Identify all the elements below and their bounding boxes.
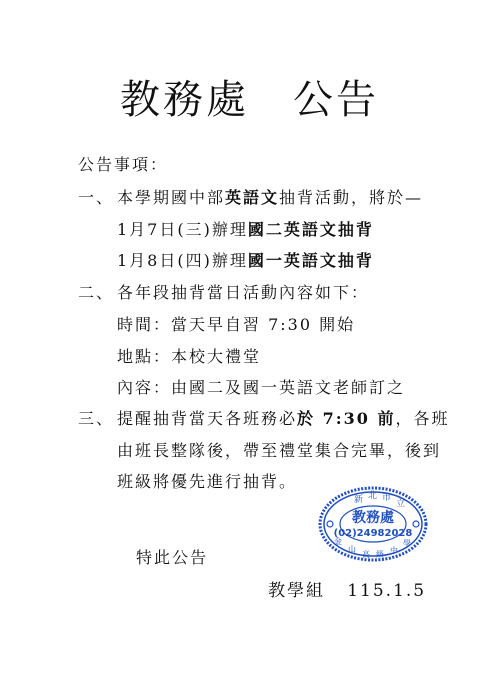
signature-date: 115.1.5 — [347, 581, 426, 601]
item-1-number: 一、 — [78, 185, 114, 208]
svg-text:北: 北 — [368, 489, 377, 501]
svg-text:立: 立 — [396, 497, 405, 509]
svg-text:山: 山 — [348, 544, 356, 554]
item-2-number: 二、 — [78, 280, 114, 303]
item-2-time: 時間：當天早自習 7:30 開始 — [117, 312, 355, 335]
item-2-line-1: 各年段抽背當日活動內容如下： — [117, 280, 369, 303]
signature: 教學組 115.1.5 — [268, 576, 426, 601]
svg-text:高: 高 — [362, 549, 370, 559]
stamp-center-text: 教務處 — [351, 509, 394, 526]
item-1-line-3: 1月8日(四)辦理國一英語文抽背 — [117, 248, 374, 271]
item-1-line-2: 1月7日(三)辦理國二英語文抽背 — [117, 217, 374, 240]
svg-text:市: 市 — [382, 491, 391, 503]
item-3-number: 三、 — [78, 406, 114, 429]
closing-text: 特此公告 — [136, 545, 208, 568]
item-3-line-2: 由班長整隊後，帶至禮堂集合完畢，後到 — [117, 438, 441, 461]
item-3-line-3: 班級將優先進行抽背。 — [117, 469, 297, 492]
signature-unit: 教學組 — [268, 581, 325, 601]
item-2-content: 內容：由國二及國一英語文老師訂之 — [117, 375, 405, 398]
item-1-line-1: 本學期國中部英語文抽背活動，將於— — [117, 185, 423, 208]
item-2-place: 地點：本校大禮堂 — [117, 344, 261, 367]
svg-text:新: 新 — [354, 493, 363, 505]
page-title: 教務處公告 — [0, 68, 499, 125]
item-3-line-1: 提醒抽背當天各班務必於 7:30 前，各班 — [117, 406, 449, 429]
office-seal-stamp: 新 北 市 立 金 山 高 級 中 學 教務處 (02)24982028 — [318, 486, 428, 562]
svg-text:學: 學 — [403, 538, 411, 548]
stamp-phone: (02)24982028 — [334, 528, 413, 539]
svg-text:中: 中 — [390, 545, 398, 555]
announcement-heading: 公告事項： — [78, 152, 168, 175]
title-office: 教務處 — [120, 77, 249, 123]
title-announcement: 公告 — [293, 77, 379, 123]
svg-text:級: 級 — [376, 550, 384, 559]
